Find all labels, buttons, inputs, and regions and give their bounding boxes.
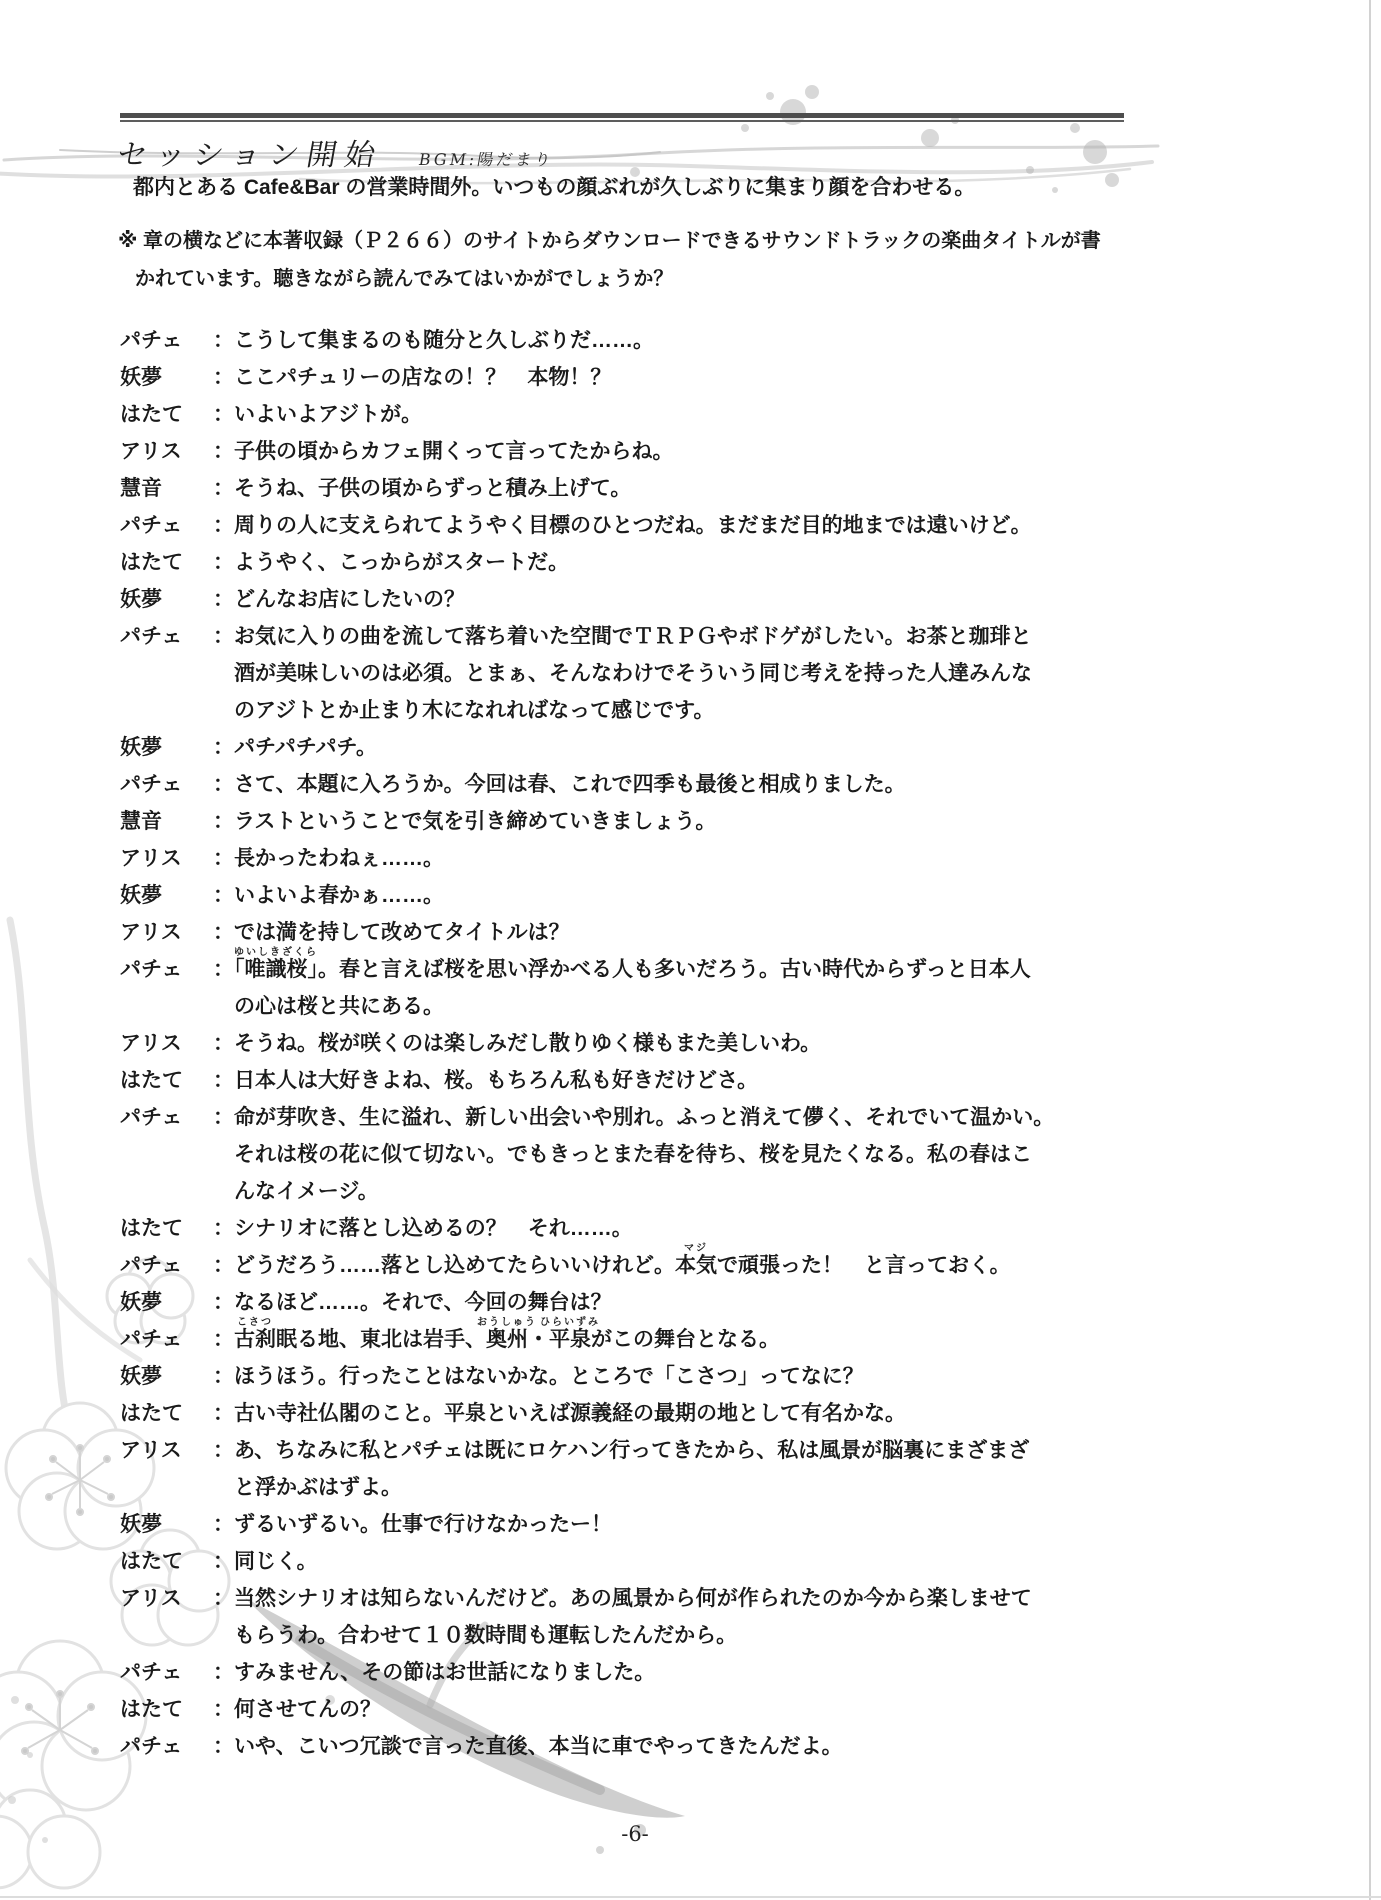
- dialogue-lines: ：当然シナリオは知らないんだけど。あの風景から何が作られたのか今から楽しませても…: [213, 1580, 1054, 1654]
- dialogue-line: ：こうして集まるのも随分と久しぶりだ……。: [213, 322, 1054, 359]
- dialogue-lines: ：そうね、子供の頃からずっと積み上げて。: [213, 470, 1054, 507]
- dialogue-line: ：長かったわねぇ……。: [213, 840, 1054, 877]
- dialogue-lines: ：そうね。桜が咲くのは楽しみだし散りゆく様もまた美しいわ。: [213, 1025, 1054, 1062]
- speaker-name: はたて: [120, 544, 213, 581]
- page-edge-line: [1369, 0, 1371, 1900]
- dialogue-line: ：では満を持して改めてタイトルは？: [213, 914, 1054, 951]
- dialogue-row: 妖夢：ずるいずるい。仕事で行けなかったー！: [120, 1506, 1054, 1543]
- dialogue-lines: ：古い寺社仏閣のこと。平泉といえば源義経の最期の地として有名かな。: [213, 1395, 1054, 1432]
- dialogue-lines: ：パチパチパチ。: [213, 729, 1054, 766]
- document-page: セッション開始 BGM:陽だまり 都内とある Cafe&Bar の営業時間外。い…: [0, 0, 1381, 1900]
- speaker-name: パチェ: [120, 1728, 213, 1765]
- page-bottom-edge-line: [0, 1896, 1381, 1898]
- dialogue-lines: ：いや、こいつ冗談で言った直後、本当に車でやってきたんだよ。: [213, 1728, 1054, 1765]
- dialogue-lines: ：こさつ古刹眠る地、東北は岩手、おうしゅう奥州・ひらいずみ平泉がこの舞台となる。: [213, 1321, 1054, 1358]
- dialogue-line: ：どうだろう……落とし込めてたらいいけれど。マジ本気で頑張った！ と言っておく。: [213, 1247, 1054, 1284]
- dialogue-lines: ：さて、本題に入ろうか。今回は春、これで四季も最後と相成りました。: [213, 766, 1054, 803]
- speaker-name: 慧音: [120, 470, 213, 507]
- dialogue-line: ：すみません、その節はお世話になりました。: [213, 1654, 1054, 1691]
- dialogue-row: 妖夢：いよいよ春かぁ……。: [120, 877, 1054, 914]
- dialogue-lines: ：なるほど……。それで、今回の舞台は？: [213, 1284, 1054, 1321]
- dialogue-line: 酒が美味しいのは必須。とまぁ、そんなわけでそういう同じ考えを持った人達みんな: [213, 655, 1054, 692]
- dialogue-row: はたて：日本人は大好きよね、桜。もちろん私も好きだけどさ。: [120, 1062, 1054, 1099]
- speaker-name: はたて: [120, 1543, 213, 1580]
- dialogue-row: パチェ：「ゆいしきざくら唯識桜」。春と言えば桜を思い浮かべる人も多いだろう。古い…: [120, 951, 1054, 1025]
- dialogue-line: ：いよいよ春かぁ……。: [213, 877, 1054, 914]
- dialogue-row: アリス：長かったわねぇ……。: [120, 840, 1054, 877]
- dialogue-line: ：ずるいずるい。仕事で行けなかったー！: [213, 1506, 1054, 1543]
- speaker-name: 妖夢: [120, 581, 213, 618]
- speaker-name: パチェ: [120, 1654, 213, 1691]
- dialogue-lines: ：子供の頃からカフェ開くって言ってたからね。: [213, 433, 1054, 470]
- dialogue-line: の心は桜と共にある。: [213, 988, 1054, 1025]
- speaker-name: はたて: [120, 1210, 213, 1247]
- dialogue-lines: ：どうだろう……落とし込めてたらいいけれど。マジ本気で頑張った！ と言っておく。: [213, 1247, 1054, 1284]
- dialogue-line: ：同じく。: [213, 1543, 1054, 1580]
- ruby-text: マジ: [684, 1244, 708, 1254]
- dialogue-line: と浮かぶはずよ。: [213, 1469, 1054, 1506]
- dialogue-lines: ：長かったわねぇ……。: [213, 840, 1054, 877]
- speaker-name: アリス: [120, 1580, 213, 1654]
- dialogue-row: パチェ：周りの人に支えられてようやく目標のひとつだね。まだまだ目的地までは遠いけ…: [120, 507, 1054, 544]
- dialogue-line: ：ここパチュリーの店なの！？ 本物！？: [213, 359, 1054, 396]
- dialogue-line: ：子供の頃からカフェ開くって言ってたからね。: [213, 433, 1054, 470]
- dialogue-line: ：いよいよアジトが。: [213, 396, 1054, 433]
- ruby-text: ひらいずみ: [540, 1318, 600, 1328]
- speaker-name: はたて: [120, 396, 213, 433]
- dialogue-line: ：こさつ古刹眠る地、東北は岩手、おうしゅう奥州・ひらいずみ平泉がこの舞台となる。: [213, 1321, 1054, 1358]
- dialogue-row: はたて：古い寺社仏閣のこと。平泉といえば源義経の最期の地として有名かな。: [120, 1395, 1054, 1432]
- dialogue-row: パチェ：こさつ古刹眠る地、東北は岩手、おうしゅう奥州・ひらいずみ平泉がこの舞台と…: [120, 1321, 1054, 1358]
- speaker-name: 妖夢: [120, 1358, 213, 1395]
- dialogue-line: ：そうね。桜が咲くのは楽しみだし散りゆく様もまた美しいわ。: [213, 1025, 1054, 1062]
- dialogue-line: ：ほうほう。行ったことはないかな。ところで「こさつ」ってなに？: [213, 1358, 1054, 1395]
- dialogue-line: ：当然シナリオは知らないんだけど。あの風景から何が作られたのか今から楽しませて: [213, 1580, 1054, 1617]
- dialogue-lines: ：ここパチュリーの店なの！？ 本物！？: [213, 359, 1054, 396]
- dialogue-line: ：ようやく、こっからがスタートだ。: [213, 544, 1054, 581]
- speaker-name: アリス: [120, 1025, 213, 1062]
- speaker-name: パチェ: [120, 1247, 213, 1284]
- section-header: セッション開始 BGM:陽だまり: [118, 130, 554, 174]
- speaker-name: パチェ: [120, 1099, 213, 1210]
- dialogue-lines: ：いよいよアジトが。: [213, 396, 1054, 433]
- dialogue-row: アリス：では満を持して改めてタイトルは？: [120, 914, 1054, 951]
- dialogue-row: アリス：そうね。桜が咲くのは楽しみだし散りゆく様もまた美しいわ。: [120, 1025, 1054, 1062]
- dialogue-row: 妖夢：どんなお店にしたいの？: [120, 581, 1054, 618]
- dialogue-row: はたて：シナリオに落とし込めるの？ それ……。: [120, 1210, 1054, 1247]
- dialogue-line: ：いや、こいつ冗談で言った直後、本当に車でやってきたんだよ。: [213, 1728, 1054, 1765]
- dialogue-lines: ：同じく。: [213, 1543, 1054, 1580]
- speaker-name: 妖夢: [120, 359, 213, 396]
- dialogue-row: 妖夢：ここパチュリーの店なの！？ 本物！？: [120, 359, 1054, 396]
- speaker-name: アリス: [120, 433, 213, 470]
- speaker-name: 妖夢: [120, 877, 213, 914]
- dialogue-line: もらうわ。合わせて１０数時間も運転したんだから。: [213, 1617, 1054, 1654]
- dialogue-line: ：あ、ちなみに私とパチェは既にロケハン行ってきたから、私は風景が脳裏にまざまざ: [213, 1432, 1054, 1469]
- dialogue-lines: ：あ、ちなみに私とパチェは既にロケハン行ってきたから、私は風景が脳裏にまざまざと…: [213, 1432, 1054, 1506]
- dialogue-row: はたて：何させてんの？: [120, 1691, 1054, 1728]
- header-rule-thick: [120, 113, 1124, 118]
- page-number: -6-: [0, 1822, 1270, 1846]
- speaker-name: 妖夢: [120, 1284, 213, 1321]
- dialogue-row: パチェ：すみません、その節はお世話になりました。: [120, 1654, 1054, 1691]
- speaker-name: アリス: [120, 914, 213, 951]
- dialogue-line: ：「ゆいしきざくら唯識桜」。春と言えば桜を思い浮かべる人も多いだろう。古い時代か…: [213, 951, 1054, 988]
- speaker-name: はたて: [120, 1062, 213, 1099]
- header-rule-thin: [120, 120, 1124, 122]
- intro-text: 都内とある Cafe&Bar の営業時間外。いつもの顔ぶれが久しぶりに集まり顔を…: [133, 171, 975, 201]
- dialogue-row: パチェ：さて、本題に入ろうか。今回は春、これで四季も最後と相成りました。: [120, 766, 1054, 803]
- ruby-annotated-text: おうしゅう奥州: [486, 1328, 528, 1351]
- speaker-name: アリス: [120, 1432, 213, 1506]
- speaker-name: はたて: [120, 1691, 213, 1728]
- dialogue-line: ：そうね、子供の頃からずっと積み上げて。: [213, 470, 1054, 507]
- dialogue-list: パチェ：こうして集まるのも随分と久しぶりだ……。妖夢：ここパチュリーの店なの！？…: [120, 322, 1054, 1765]
- dialogue-line: ：古い寺社仏閣のこと。平泉といえば源義経の最期の地として有名かな。: [213, 1395, 1054, 1432]
- dialogue-line: ：お気に入りの曲を流して落ち着いた空間でＴＲＰＧやボドゲがしたい。お茶と珈琲と: [213, 618, 1054, 655]
- dialogue-row: はたて：ようやく、こっからがスタートだ。: [120, 544, 1054, 581]
- dialogue-row: パチェ：命が芽吹き、生に溢れ、新しい出会いや別れ。ふっと消えて儚く、それでいて温…: [120, 1099, 1054, 1210]
- plum-stamen-decoration: [22, 1445, 114, 1754]
- footnote-line-1: ※ 章の横などに本著収録（Ｐ２６６）のサイトからダウンロードできるサウンドトラッ…: [118, 222, 1101, 260]
- dialogue-row: パチェ：いや、こいつ冗談で言った直後、本当に車でやってきたんだよ。: [120, 1728, 1054, 1765]
- dialogue-lines: ：ようやく、こっからがスタートだ。: [213, 544, 1054, 581]
- dialogue-row: 妖夢：ほうほう。行ったことはないかな。ところで「こさつ」ってなに？: [120, 1358, 1054, 1395]
- dialogue-line: ：なるほど……。それで、今回の舞台は？: [213, 1284, 1054, 1321]
- dialogue-row: 妖夢：なるほど……。それで、今回の舞台は？: [120, 1284, 1054, 1321]
- dialogue-lines: ：命が芽吹き、生に溢れ、新しい出会いや別れ。ふっと消えて儚く、それでいて温かい。…: [213, 1099, 1054, 1210]
- ruby-annotated-text: ゆいしきざくら唯識桜: [245, 958, 308, 981]
- dialogue-lines: ：シナリオに落とし込めるの？ それ……。: [213, 1210, 1054, 1247]
- dialogue-line: ：日本人は大好きよね、桜。もちろん私も好きだけどさ。: [213, 1062, 1054, 1099]
- speaker-name: はたて: [120, 1395, 213, 1432]
- dialogue-lines: ：では満を持して改めてタイトルは？: [213, 914, 1054, 951]
- dialogue-lines: ：ずるいずるい。仕事で行けなかったー！: [213, 1506, 1054, 1543]
- ruby-annotated-text: こさつ古刹: [234, 1328, 276, 1351]
- dialogue-line: ：パチパチパチ。: [213, 729, 1054, 766]
- dialogue-line: ：ラストということで気を引き締めていきましょう。: [213, 803, 1054, 840]
- speaker-name: 妖夢: [120, 1506, 213, 1543]
- dialogue-lines: ：ほうほう。行ったことはないかな。ところで「こさつ」ってなに？: [213, 1358, 1054, 1395]
- ruby-annotated-text: ひらいずみ平泉: [549, 1328, 591, 1351]
- dialogue-lines: ：「ゆいしきざくら唯識桜」。春と言えば桜を思い浮かべる人も多いだろう。古い時代か…: [213, 951, 1054, 1025]
- dialogue-lines: ：何させてんの？: [213, 1691, 1054, 1728]
- speaker-name: アリス: [120, 840, 213, 877]
- ruby-text: おうしゅう: [477, 1318, 537, 1328]
- dialogue-lines: ：いよいよ春かぁ……。: [213, 877, 1054, 914]
- dialogue-row: はたて：同じく。: [120, 1543, 1054, 1580]
- speaker-name: パチェ: [120, 507, 213, 544]
- dialogue-row: 慧音：ラストということで気を引き締めていきましょう。: [120, 803, 1054, 840]
- dialogue-row: パチェ：こうして集まるのも随分と久しぶりだ……。: [120, 322, 1054, 359]
- speaker-name: パチェ: [120, 951, 213, 1025]
- dialogue-row: パチェ：お気に入りの曲を流して落ち着いた空間でＴＲＰＧやボドゲがしたい。お茶と珈…: [120, 618, 1054, 729]
- ruby-text: こさつ: [237, 1318, 273, 1328]
- dialogue-lines: ：こうして集まるのも随分と久しぶりだ……。: [213, 322, 1054, 359]
- ruby-annotated-text: マジ本気: [675, 1254, 717, 1277]
- dialogue-line: ：さて、本題に入ろうか。今回は春、これで四季も最後と相成りました。: [213, 766, 1054, 803]
- dialogue-row: はたて：いよいよアジトが。: [120, 396, 1054, 433]
- header-rule: [120, 113, 1124, 122]
- page-title: セッション開始: [114, 130, 387, 174]
- ruby-text: ゆいしきざくら: [234, 948, 318, 958]
- dialogue-lines: ：ラストということで気を引き締めていきましょう。: [213, 803, 1054, 840]
- dialogue-line: ：何させてんの？: [213, 1691, 1054, 1728]
- speaker-name: パチェ: [120, 1321, 213, 1358]
- dialogue-row: パチェ：どうだろう……落とし込めてたらいいけれど。マジ本気で頑張った！ と言って…: [120, 1247, 1054, 1284]
- dialogue-line: ：周りの人に支えられてようやく目標のひとつだね。まだまだ目的地までは遠いけど。: [213, 507, 1054, 544]
- dialogue-line: それは桜の花に似て切ない。でもきっとまた春を待ち、桜を見たくなる。私の春はこ: [213, 1136, 1054, 1173]
- dialogue-line: んなイメージ。: [213, 1173, 1054, 1210]
- dialogue-line: ：命が芽吹き、生に溢れ、新しい出会いや別れ。ふっと消えて儚く、それでいて温かい。: [213, 1099, 1054, 1136]
- speaker-name: パチェ: [120, 766, 213, 803]
- footnote: ※ 章の横などに本著収録（Ｐ２６６）のサイトからダウンロードできるサウンドトラッ…: [118, 222, 1101, 298]
- dialogue-lines: ：日本人は大好きよね、桜。もちろん私も好きだけどさ。: [213, 1062, 1054, 1099]
- dialogue-lines: ：すみません、その節はお世話になりました。: [213, 1654, 1054, 1691]
- speaker-name: 妖夢: [120, 729, 213, 766]
- bgm-label: BGM:陽だまり: [417, 147, 556, 170]
- speaker-name: パチェ: [120, 322, 213, 359]
- dialogue-row: アリス：当然シナリオは知らないんだけど。あの風景から何が作られたのか今から楽しま…: [120, 1580, 1054, 1654]
- dialogue-lines: ：周りの人に支えられてようやく目標のひとつだね。まだまだ目的地までは遠いけど。: [213, 507, 1054, 544]
- dialogue-row: アリス：子供の頃からカフェ開くって言ってたからね。: [120, 433, 1054, 470]
- dialogue-row: アリス：あ、ちなみに私とパチェは既にロケハン行ってきたから、私は風景が脳裏にまざ…: [120, 1432, 1054, 1506]
- dialogue-line: のアジトとか止まり木になれればなって感じです。: [213, 692, 1054, 729]
- speaker-name: 慧音: [120, 803, 213, 840]
- dialogue-row: 妖夢：パチパチパチ。: [120, 729, 1054, 766]
- dialogue-lines: ：どんなお店にしたいの？: [213, 581, 1054, 618]
- speaker-name: パチェ: [120, 618, 213, 729]
- dialogue-line: ：どんなお店にしたいの？: [213, 581, 1054, 618]
- footnote-line-2: かれています。聴きながら読んでみてはいかがでしょうか？: [118, 260, 1101, 298]
- dialogue-lines: ：お気に入りの曲を流して落ち着いた空間でＴＲＰＧやボドゲがしたい。お茶と珈琲と酒…: [213, 618, 1054, 729]
- dialogue-row: 慧音：そうね、子供の頃からずっと積み上げて。: [120, 470, 1054, 507]
- dialogue-line: ：シナリオに落とし込めるの？ それ……。: [213, 1210, 1054, 1247]
